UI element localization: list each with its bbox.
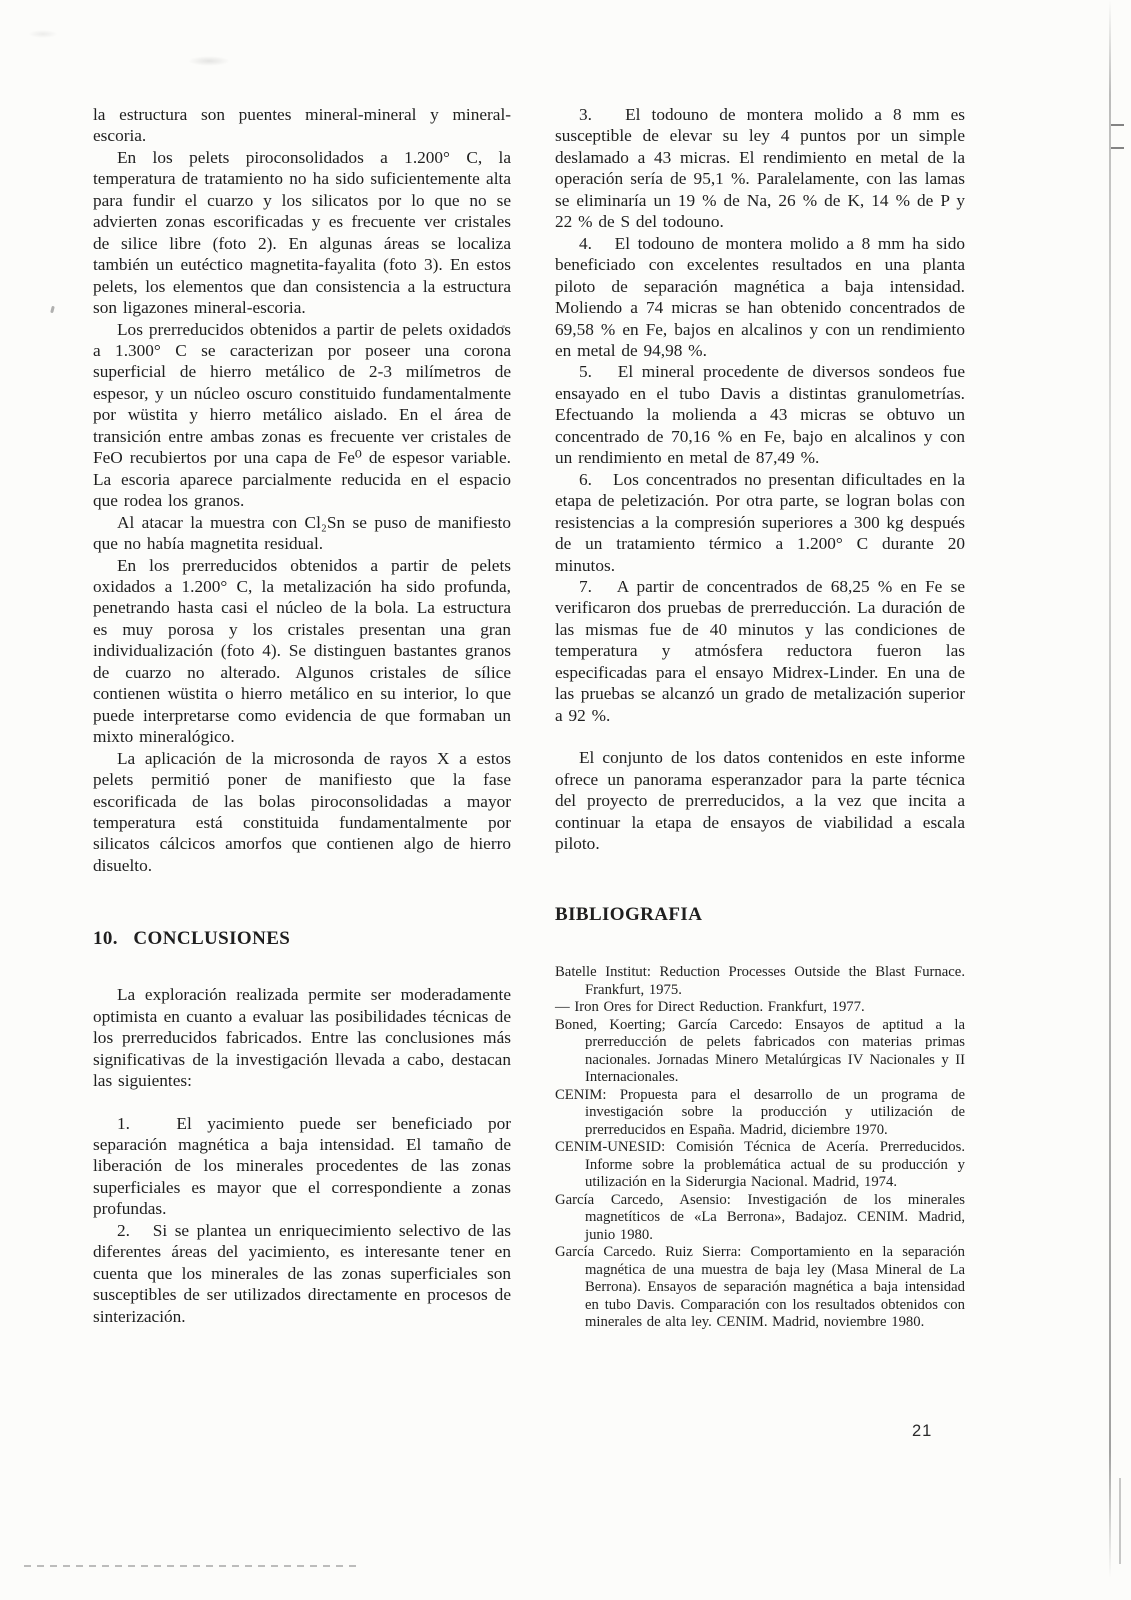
bibliography-entry: CENIM: Propuesta para el desarrollo de u… [555, 1087, 965, 1140]
scan-speck [50, 306, 55, 314]
conclusion-item-5: 5. El mineral procedente de diversos son… [555, 361, 965, 468]
two-column-layout: la estructura son puentes mineral-minera… [93, 104, 965, 1332]
conclusion-item-1: 1. El yacimiento puede ser beneficiado p… [93, 1113, 511, 1220]
paragraph: Los prerreducidos obtenidos a partir de … [93, 319, 511, 512]
scan-smudge [188, 56, 230, 66]
closing-paragraph: El conjunto de los datos contenidos en e… [555, 747, 965, 854]
scan-smudge [28, 30, 58, 38]
page-number: 21 [912, 1422, 932, 1441]
conclusion-item-4: 4. El todouno de montera molido a 8 mm h… [555, 233, 965, 362]
bibliography-entry: CENIM-UNESID: Comisión Técnica de Acería… [555, 1139, 965, 1192]
right-column: 3. El todouno de montera molido a 8 mm e… [555, 104, 965, 1332]
scan-vertical-line [1109, 0, 1111, 1578]
bibliography-list: Batelle Institut: Reduction Processes Ou… [555, 964, 965, 1332]
conclusions-heading: 10. CONCLUSIONES [93, 928, 511, 950]
conclusion-item-6: 6. Los concentrados no presentan dificul… [555, 469, 965, 576]
bibliography-entry: García Carcedo. Ruiz Sierra: Comportamie… [555, 1244, 965, 1332]
scan-bottom-dashed-line [24, 1565, 356, 1567]
bibliography-entry: Boned, Koerting; García Carcedo: Ensayos… [555, 1017, 965, 1087]
conclusion-item-2: 2. Si se plantea un enriquecimiento sele… [93, 1220, 511, 1327]
conclusion-item-3: 3. El todouno de montera molido a 8 mm e… [555, 104, 965, 233]
document-page: la estructura son puentes mineral-minera… [0, 0, 1131, 1600]
bibliography-heading: BIBLIOGRAFIA [555, 904, 965, 926]
scan-pencil-dash [1111, 124, 1124, 126]
conclusion-item-7: 7. A partir de concentrados de 68,25 % e… [555, 576, 965, 726]
paragraph: Al atacar la muestra con Cl₂Sn se puso d… [93, 512, 511, 555]
scan-vertical-line-short [1119, 1478, 1121, 1564]
paragraph-continuation: la estructura son puentes mineral-minera… [93, 104, 511, 147]
bibliography-entry: — Iron Ores for Direct Reduction. Frankf… [555, 999, 965, 1017]
scan-pencil-dash [1111, 147, 1124, 149]
paragraph: En los pelets piroconsolidados a 1.200° … [93, 147, 511, 319]
bibliography-entry: García Carcedo, Asensio: Investigación d… [555, 1192, 965, 1245]
paragraph: En los prerreducidos obtenidos a partir … [93, 555, 511, 748]
paragraph: La aplicación de la microsonda de rayos … [93, 748, 511, 877]
bibliography-entry: Batelle Institut: Reduction Processes Ou… [555, 964, 965, 999]
conclusions-intro-paragraph: La exploración realizada permite ser mod… [93, 984, 511, 1091]
left-column: la estructura son puentes mineral-minera… [93, 104, 511, 1332]
